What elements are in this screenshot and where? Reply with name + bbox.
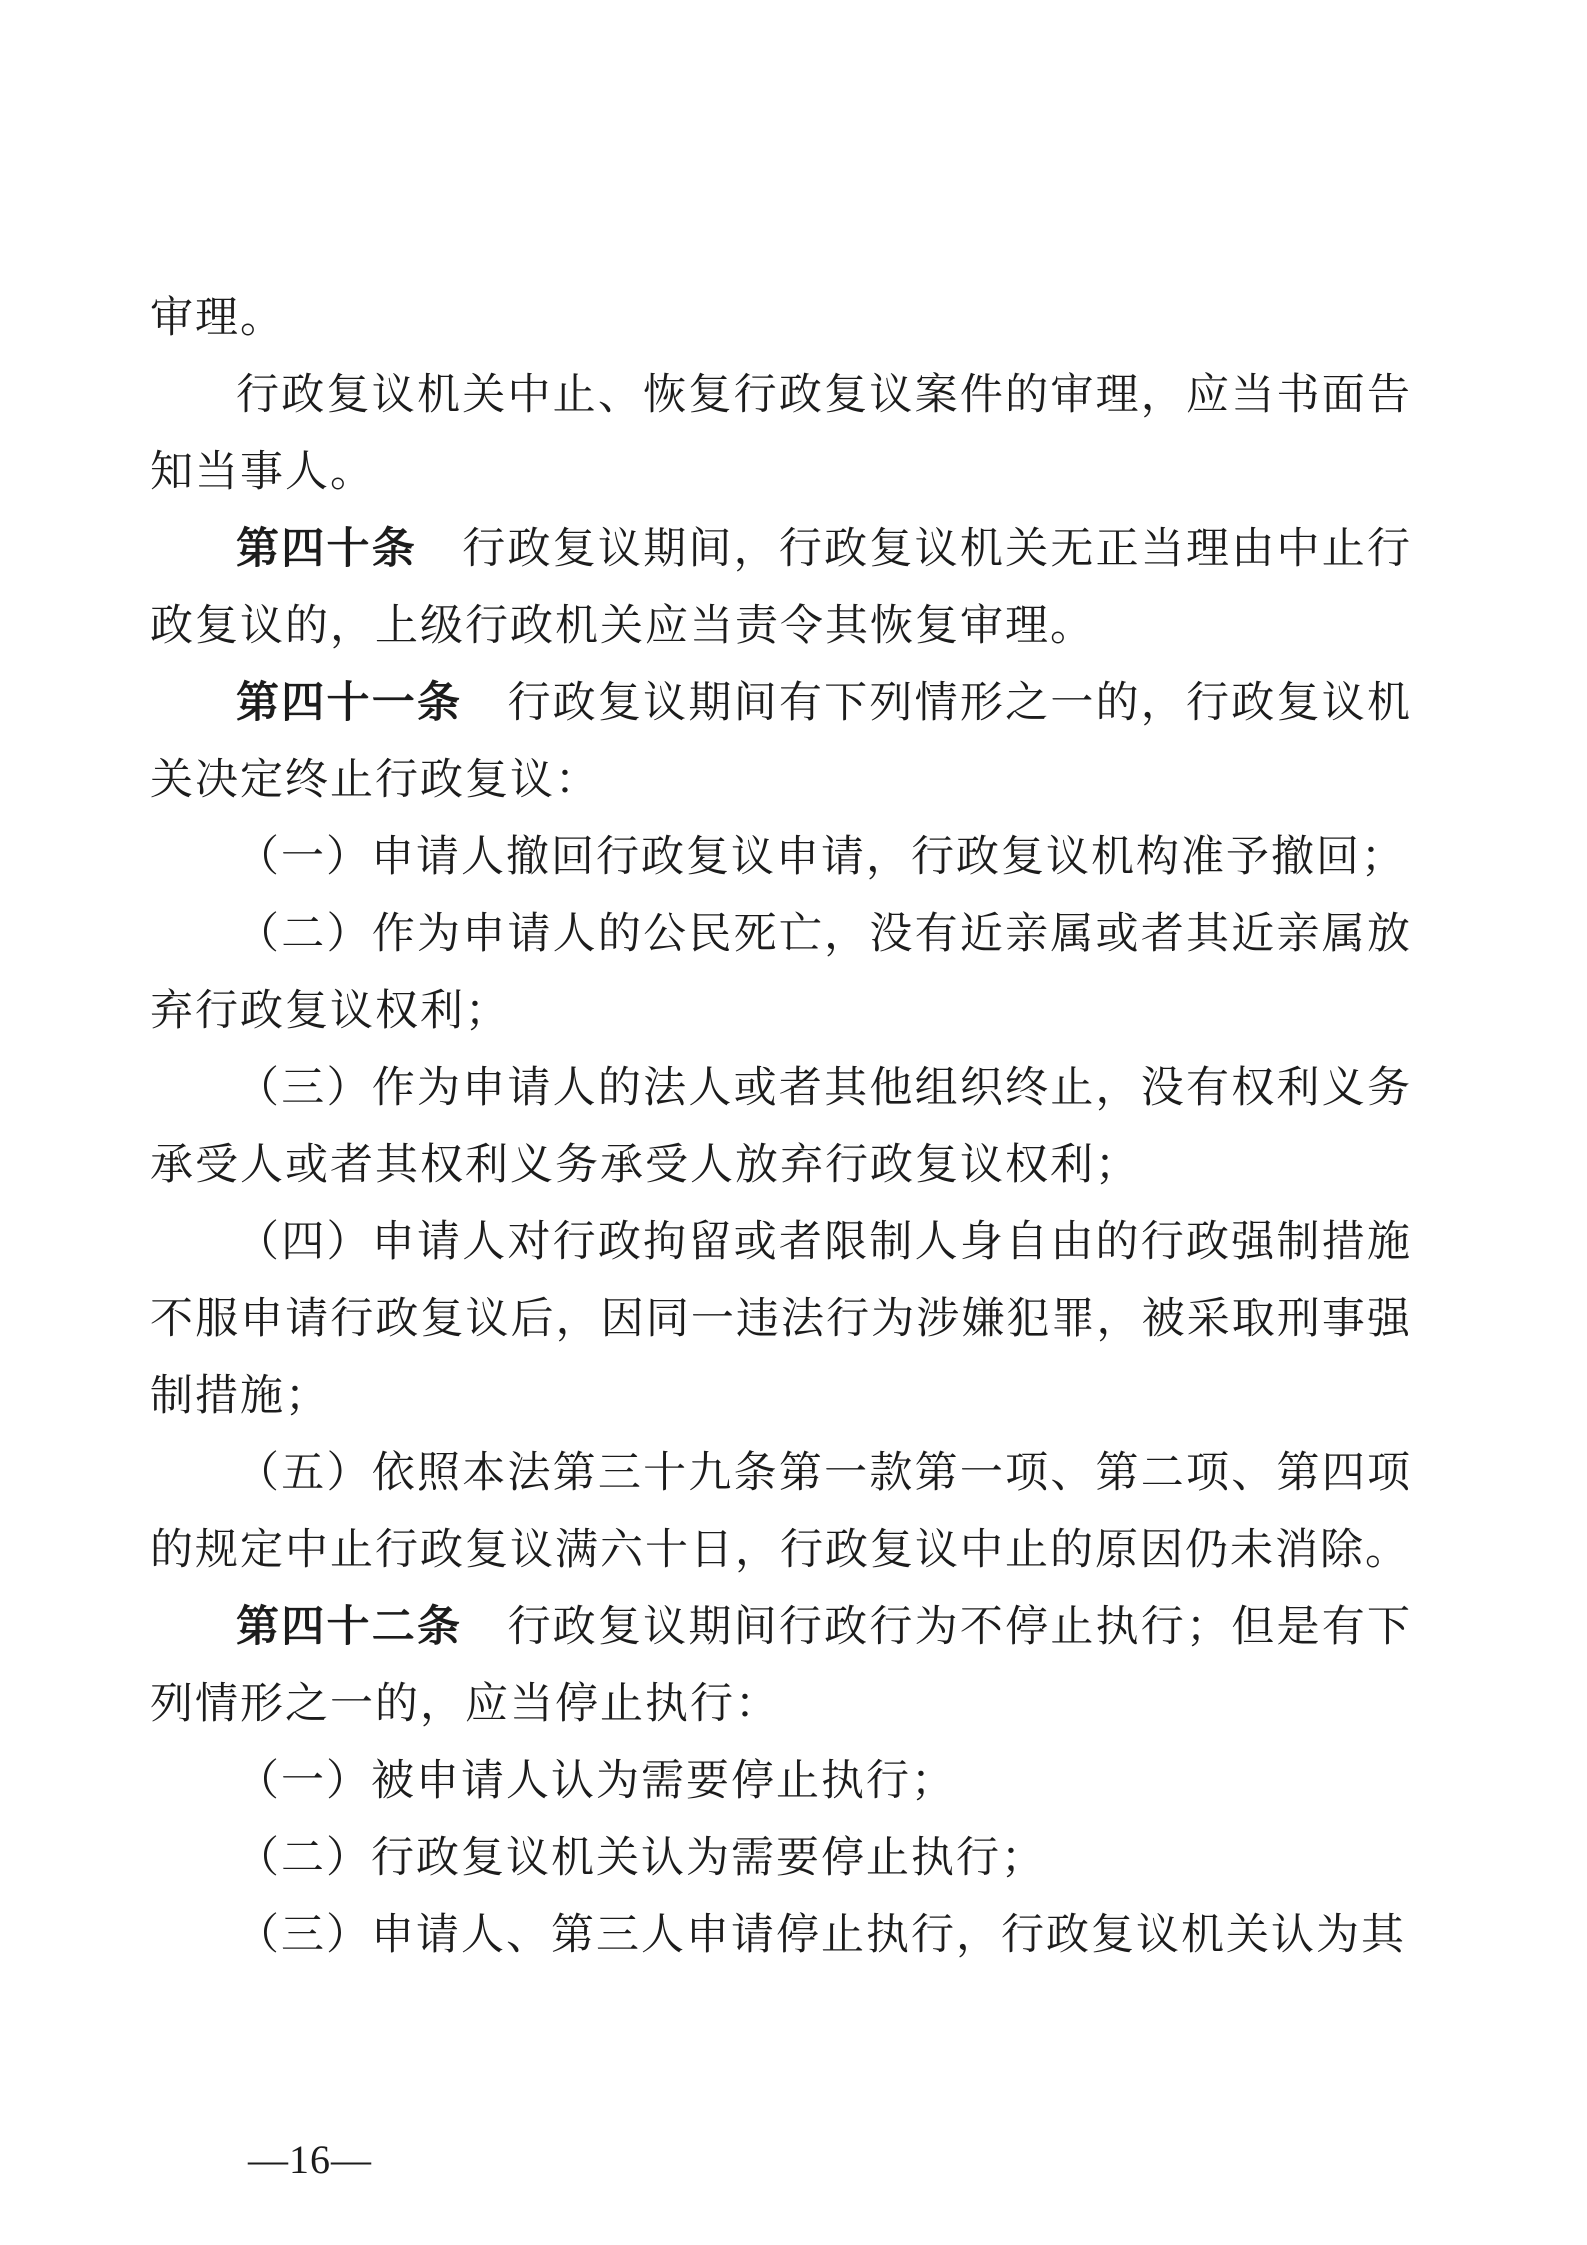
para-article-41-item-2: （二）作为申请人的公民死亡，没有近亲属或者其近亲属放弃行政复议权利； xyxy=(150,896,1412,1050)
para-article-41: 第四十一条 行政复议期间有下列情形之一的，行政复议机关决定终止行政复议： xyxy=(150,665,1412,819)
article-41-item-1-text: （一）申请人撤回行政复议申请，行政复议机构准予撤回； xyxy=(236,834,1406,881)
para-article-41-item-4: （四）申请人对行政拘留或者限制人身自由的行政强制措施不服申请行政复议后，因同一违… xyxy=(150,1204,1412,1435)
article-42-number: 第四十二条 xyxy=(236,1604,462,1651)
document-body: 审理。 行政复议机关中止、恢复行政复议案件的审理，应当书面告知当事人。 第四十条… xyxy=(150,280,1412,1974)
para-article-42-item-2: （二）行政复议机关认为需要停止执行； xyxy=(150,1820,1412,1897)
para-article-41-item-5: （五）依照本法第三十九条第一款第一项、第二项、第四项的规定中止行政复议满六十日，… xyxy=(150,1435,1412,1589)
para-article-41-item-1: （一）申请人撤回行政复议申请，行政复议机构准予撤回； xyxy=(150,819,1412,896)
document-page: 审理。 行政复议机关中止、恢复行政复议案件的审理，应当书面告知当事人。 第四十条… xyxy=(0,0,1587,2245)
para-notify-parties: 行政复议机关中止、恢复行政复议案件的审理，应当书面告知当事人。 xyxy=(150,357,1412,511)
page-number: —16— xyxy=(248,2136,372,2183)
article-42-item-3-text: （三）申请人、第三人申请停止执行，行政复议机关认为其 xyxy=(236,1912,1406,1959)
article-41-number: 第四十一条 xyxy=(236,680,462,727)
para-article-41-item-3: （三）作为申请人的法人或者其他组织终止，没有权利义务承受人或者其权利义务承受人放… xyxy=(150,1050,1412,1204)
para-continuation-text: 审理。 xyxy=(150,295,285,342)
article-42-item-1-text: （一）被申请人认为需要停止执行； xyxy=(236,1758,956,1805)
article-42-item-2-text: （二）行政复议机关认为需要停止执行； xyxy=(236,1835,1046,1882)
article-40-number: 第四十条 xyxy=(236,526,417,573)
article-41-item-4-text: （四）申请人对行政拘留或者限制人身自由的行政强制措施不服申请行政复议后，因同一违… xyxy=(150,1219,1412,1420)
article-41-item-2-text: （二）作为申请人的公民死亡，没有近亲属或者其近亲属放弃行政复议权利； xyxy=(150,911,1412,1035)
para-notify-parties-text: 行政复议机关中止、恢复行政复议案件的审理，应当书面告知当事人。 xyxy=(150,372,1412,496)
para-article-42-item-3: （三）申请人、第三人申请停止执行，行政复议机关认为其 xyxy=(150,1897,1412,1974)
para-continuation: 审理。 xyxy=(150,280,1412,357)
para-article-42-item-1: （一）被申请人认为需要停止执行； xyxy=(150,1743,1412,1820)
para-article-42: 第四十二条 行政复议期间行政行为不停止执行；但是有下列情形之一的，应当停止执行： xyxy=(150,1589,1412,1743)
article-41-item-5-text: （五）依照本法第三十九条第一款第一项、第二项、第四项的规定中止行政复议满六十日，… xyxy=(150,1450,1412,1574)
para-article-40: 第四十条 行政复议期间，行政复议机关无正当理由中止行政复议的，上级行政机关应当责… xyxy=(150,511,1412,665)
article-41-item-3-text: （三）作为申请人的法人或者其他组织终止，没有权利义务承受人或者其权利义务承受人放… xyxy=(150,1065,1412,1189)
